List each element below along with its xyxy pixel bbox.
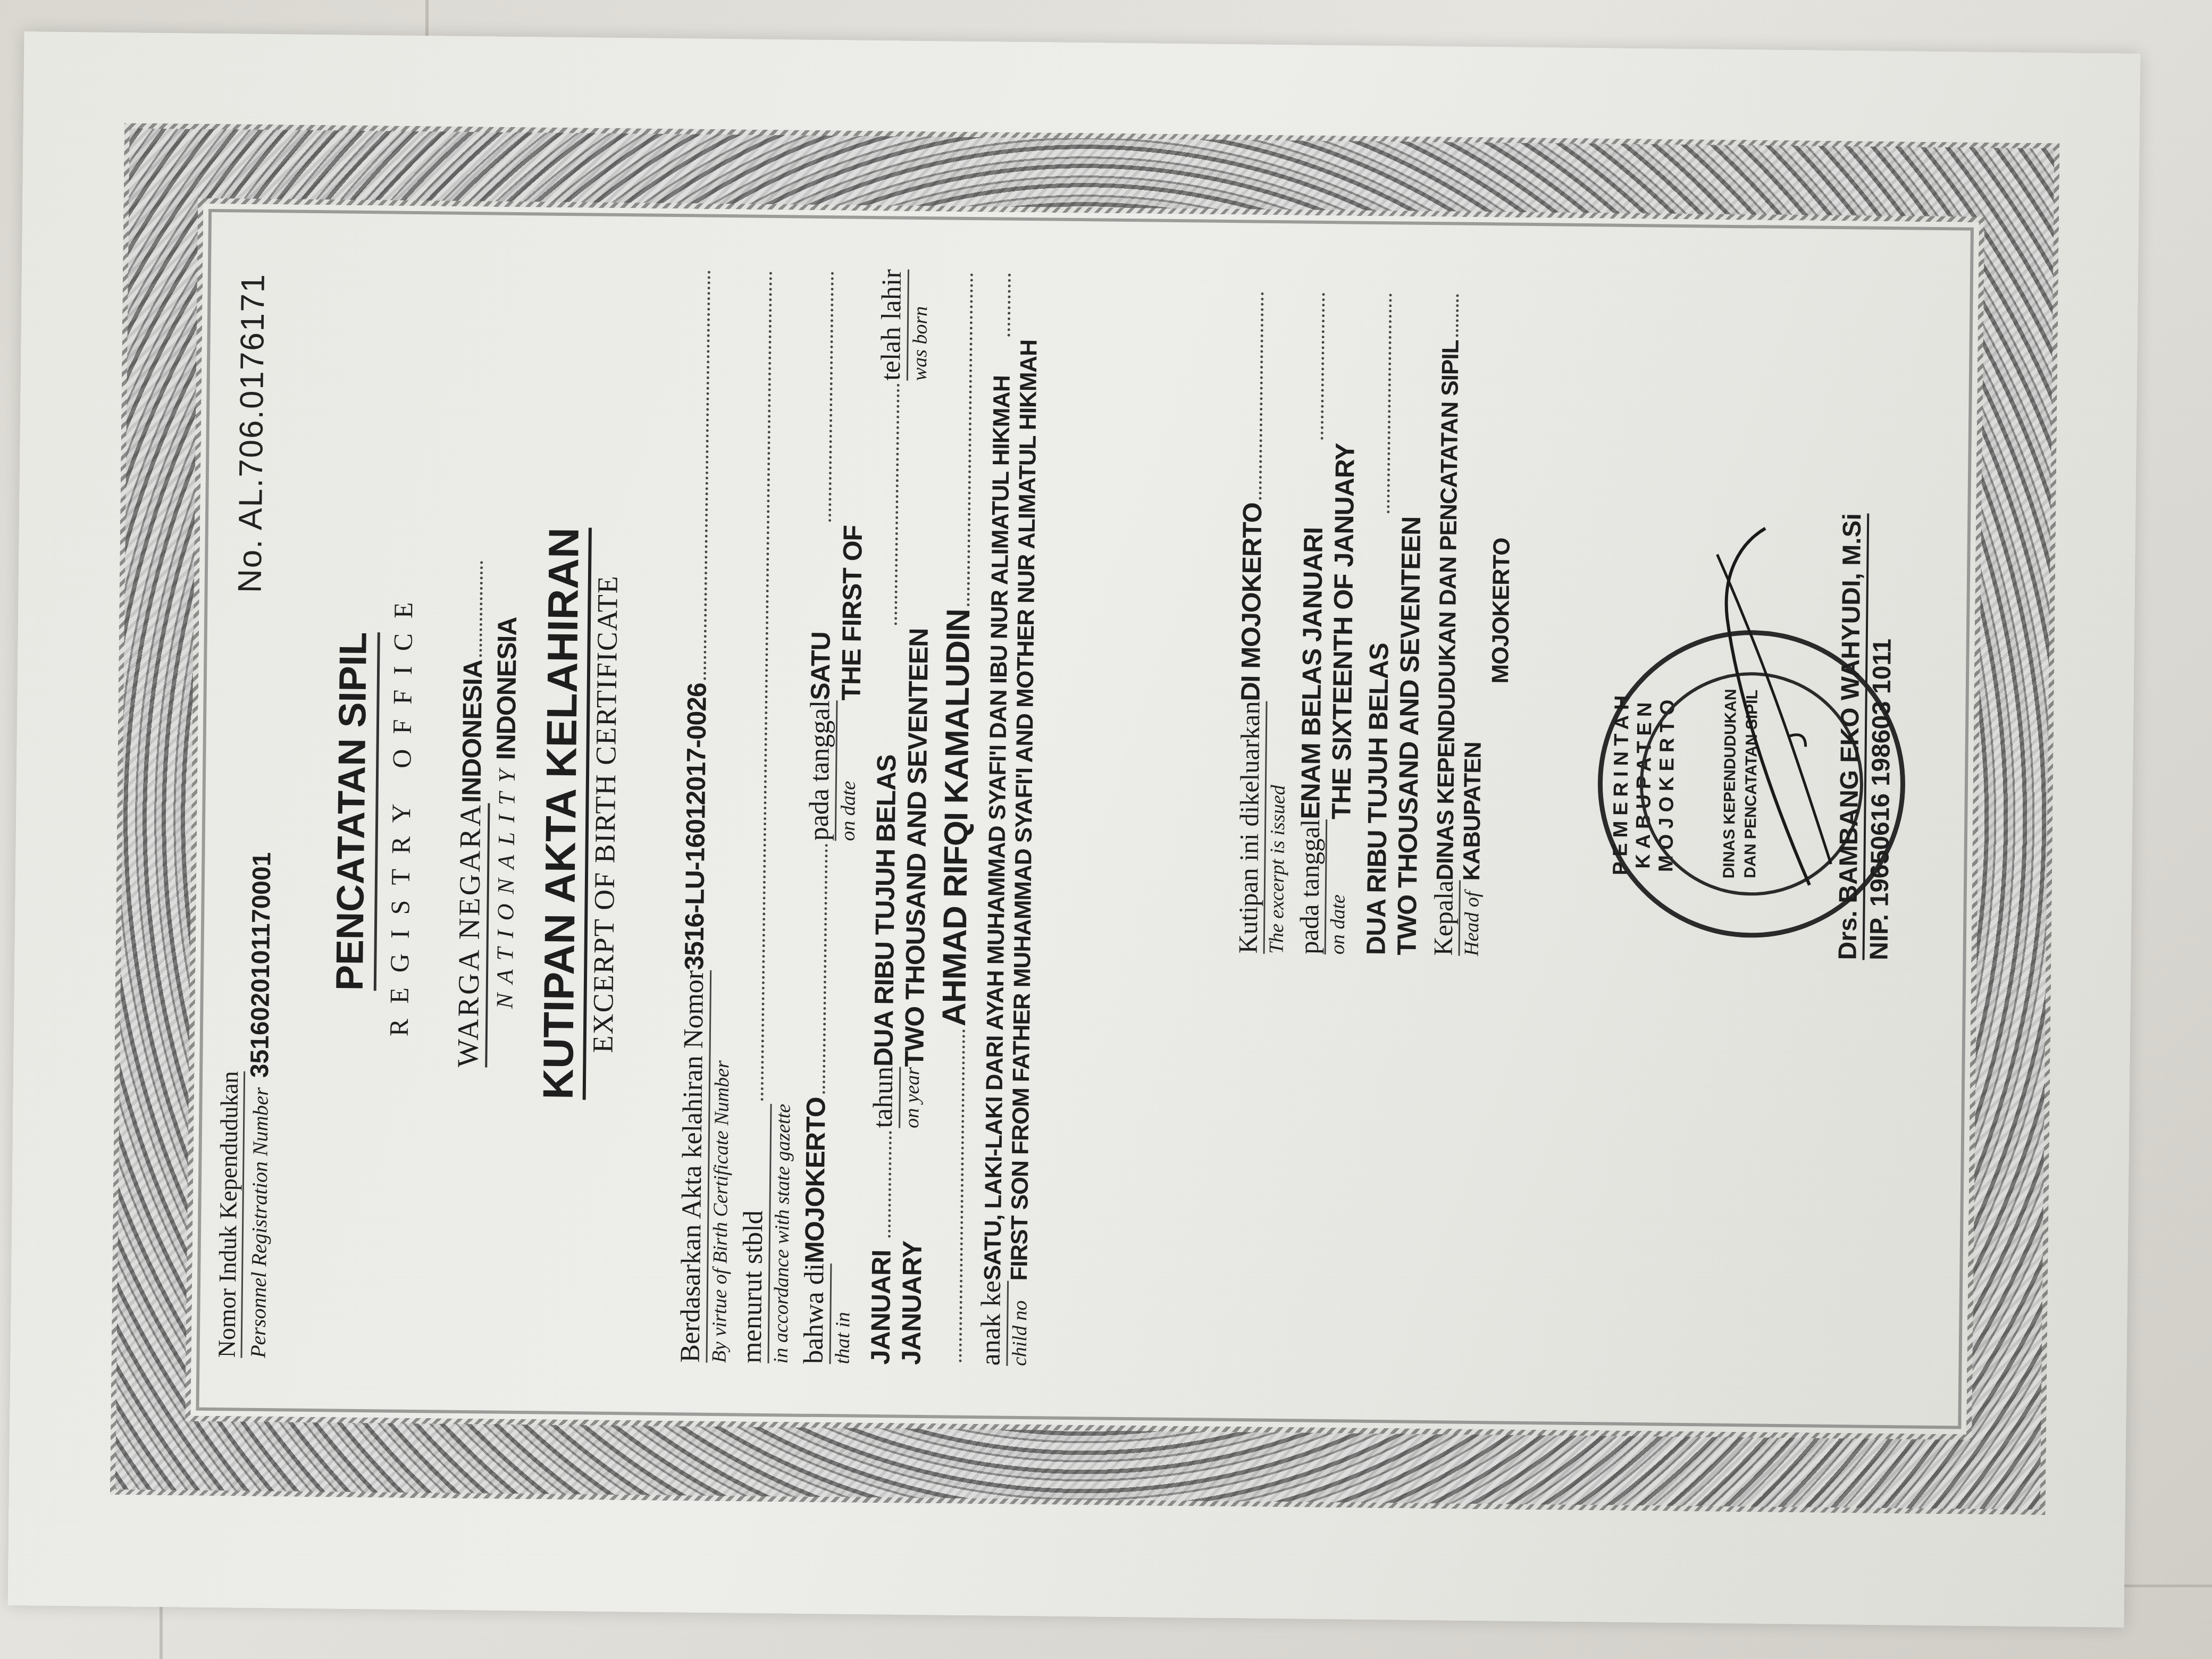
dotted-line xyxy=(959,1029,965,1362)
year-label: tahun xyxy=(867,1067,901,1128)
handwritten-signature xyxy=(1703,522,1845,896)
registration-number-block: Nomor Induk Kependudukan Personnel Regis… xyxy=(213,852,277,1358)
dotted-line xyxy=(1456,294,1459,337)
signer-block: Drs. BAMBANG EKO WAHYUDI, M.Si NIP. 1965… xyxy=(1832,513,1899,960)
gazette-label-en: in accordance with state gazette xyxy=(769,1104,795,1364)
stamp-outer-text: PEMERINTAH KABUPATEN MOJOKERTO xyxy=(1608,634,1680,932)
issued-date: ENAM BELAS JANUARI xyxy=(1295,443,1329,819)
cert-ref-label-en: By virtue of Birth Certificate Number xyxy=(707,970,735,1363)
child-name: AHMAD RIFQI KAMALUDIN xyxy=(935,609,977,1027)
dotted-line xyxy=(479,561,483,657)
place-label-en: that in xyxy=(831,1263,855,1364)
dotted-line xyxy=(1008,274,1011,337)
dotted-line xyxy=(823,844,828,1094)
birth-certificate: No. AL.706.0176171 Nomor Induk Kependudu… xyxy=(110,123,2060,1515)
issued-row: Kutipan ini dikeluarkan The excerpt is i… xyxy=(1233,289,1295,954)
dotted-line xyxy=(967,273,973,606)
place-label: bahwa di xyxy=(798,1263,832,1364)
date-label: pada tanggal xyxy=(803,700,838,841)
certificate-header: PENCATATAN SIPIL REGISTRY OFFICE WARGA N… xyxy=(324,263,628,1362)
dotted-line xyxy=(1259,292,1264,500)
birth-place: MOJOKERTO xyxy=(799,1097,831,1263)
issued-date-row: pada tanggal on date ENAM BELAS JANUARI … xyxy=(1294,289,1362,954)
head-row: Kepala Head of DINAS KEPENDUDUKAN DAN PE… xyxy=(1428,291,1518,957)
issuance-block: Kutipan ini dikeluarkan The excerpt is i… xyxy=(1227,289,1943,961)
registration-label: Nomor Induk Kependudukan xyxy=(213,1071,246,1358)
nationality-label-en: NATIONALITY xyxy=(491,760,521,1009)
head-label: Kepala xyxy=(1428,880,1461,956)
nationality-value: INDONESIA xyxy=(456,660,488,803)
dotted-line xyxy=(888,1132,892,1238)
head-label-en: Head of xyxy=(1460,881,1484,956)
date-label-en: on date xyxy=(836,700,861,841)
signer-nip: NIP. 19650616 198603 1011 xyxy=(1865,514,1899,961)
birth-month: JANUARI xyxy=(865,1241,896,1364)
month-year-row: JANUARI JANUARY tahun on year DUA RIBU T… xyxy=(865,269,938,1365)
issued-date-label-en: on date xyxy=(1326,819,1351,955)
certificate-content: No. AL.706.0176171 Nomor Induk Kependudu… xyxy=(202,214,1968,1423)
certificate-reference-row: Berdasarkan Akta kelahiran Nomor By virt… xyxy=(674,267,742,1363)
year-label-en: on year xyxy=(900,1067,924,1128)
dotted-line xyxy=(1321,293,1325,440)
issued-label: Kutipan ini dikeluarkan xyxy=(1233,701,1268,954)
certificate-number: No. AL.706.0176171 xyxy=(231,273,272,593)
office-title: PENCATATAN SIPIL xyxy=(328,632,380,991)
dotted-line xyxy=(703,271,710,680)
nationality-label: WARGA NEGARA xyxy=(451,802,490,1067)
issued-year: DUA RIBU TUJUH BELAS xyxy=(1361,516,1396,956)
issued-year-en: TWO THOUSAND AND SEVENTEEN xyxy=(1392,516,1427,956)
document-title: KUTIPAN AKTA KELAHIRAN xyxy=(534,527,592,1100)
birth-month-en: JANUARY xyxy=(895,1241,927,1365)
born-label-en: was born xyxy=(908,270,933,381)
child-no-label-en: child no xyxy=(1008,1281,1032,1367)
gazette-label: menurut stbld xyxy=(736,1103,772,1363)
child-no-label: anak ke xyxy=(975,1280,1009,1366)
dotted-line xyxy=(761,271,772,1101)
gazette-row: menurut stbld in accordance with state g… xyxy=(736,268,804,1364)
child-order-row: anak ke child no SATU, LAKI-LAKI DARI AY… xyxy=(975,270,1043,1366)
dotted-line xyxy=(1387,294,1392,513)
birth-date-en: THE FIRST OF xyxy=(836,525,868,701)
birth-year-en: TWO THOUSAND AND SEVENTEEN xyxy=(899,628,934,1067)
issued-label-en: The excerpt is issued xyxy=(1265,701,1291,954)
dotted-line xyxy=(894,384,900,625)
born-label: telah lahir xyxy=(875,269,909,381)
nationality-value-en: INDONESIA xyxy=(490,617,523,760)
dotted-line xyxy=(828,272,834,522)
head-office: DINAS KEPENDUDUKAN DAN PENCATATAN SIPIL … xyxy=(1432,340,1491,881)
certificate-body: Berdasarkan Akta kelahiran Nomor By virt… xyxy=(674,267,1043,1366)
signature-area: PEMERINTAH KABUPATEN MOJOKERTO DINAS KEP… xyxy=(1532,292,1943,961)
issued-date-label: pada tanggal xyxy=(1294,819,1328,954)
place-date-row: bahwa di that in MOJOKERTO pada tanggal … xyxy=(798,269,871,1364)
cert-ref-value: 3516-LU-16012017-0026 xyxy=(678,683,713,970)
cert-ref-label: Berdasarkan Akta kelahiran Nomor xyxy=(674,970,711,1362)
birth-year: DUA RIBU TUJUH BELAS xyxy=(868,628,903,1067)
signer-name: Drs. BAMBANG EKO WAHYUDI, M.Si xyxy=(1833,513,1870,960)
issued-date-en: THE SIXTEENTH OF JANUARY xyxy=(1326,443,1360,819)
issued-place: DI MOJOKERTO xyxy=(1235,502,1268,701)
birth-date: SATU xyxy=(805,525,837,700)
head-region: MOJOKERTO xyxy=(1485,340,1518,881)
issued-year-row: DUA RIBU TUJUH BELAS TWO THOUSAND AND SE… xyxy=(1361,290,1429,956)
child-name-row: AHMAD RIFQI KAMALUDIN xyxy=(932,270,981,1365)
certificate-paper: No. AL.706.0176171 Nomor Induk Kependudu… xyxy=(8,31,2141,1628)
registration-number: 3516020101170001 xyxy=(246,852,276,1078)
office-title-en: REGISTRY OFFICE xyxy=(380,264,422,1359)
registration-label-en: Personnel Registration Number xyxy=(246,1087,273,1358)
